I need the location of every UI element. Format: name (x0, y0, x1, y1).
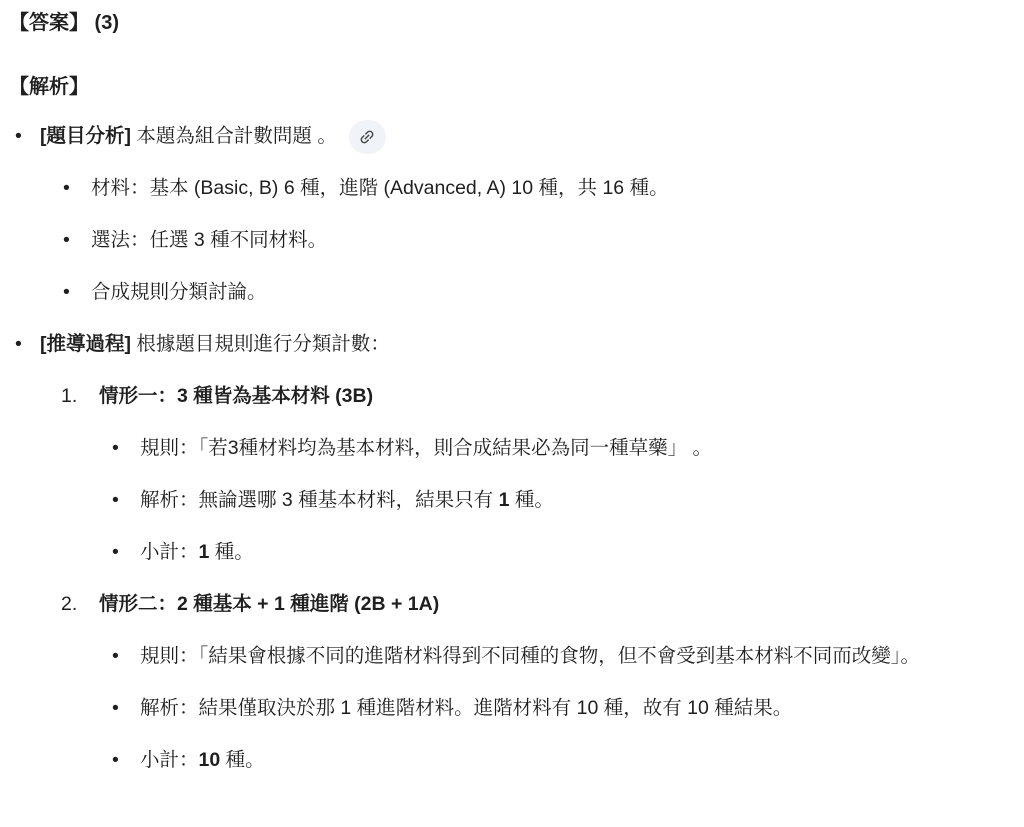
material-text: 材料：基本 (Basic, B) 6 種，進階 (Advanced, A) 10… (91, 165, 1002, 212)
analysis-heading: 【解析】 (9, 76, 1002, 99)
rule-category-item: • 合成規則分類討論。 (0, 269, 1002, 316)
case-1-rule-text: 規則：「若3種材料均為基本材料，則合成結果必為同一種草藥」 。 (140, 425, 1002, 472)
case-1-subtotal-text: 小計：1 種。 (140, 529, 1002, 576)
case-1-subtotal-item: • 小計：1 種。 (0, 529, 1002, 576)
bullet-icon: • (15, 321, 40, 368)
bullet-icon: • (112, 425, 140, 472)
selection-text: 選法：任選 3 種不同材料。 (91, 217, 1002, 264)
case-2-subtotal-suffix: 種。 (220, 749, 264, 771)
derivation-tag: [推導過程] (40, 333, 131, 355)
case-2-title: 情形二：2 種基本 + 1 種進階 (2B + 1A) (99, 593, 439, 615)
bullet-icon: • (63, 217, 91, 264)
case-1-analysis-text: 解析：無論選哪 3 種基本材料，結果只有 1 種。 (140, 477, 1002, 524)
bullet-icon: • (112, 529, 140, 576)
case-2-subtotal-count: 10 (199, 749, 221, 771)
case-2-title-item: 2. 情形二：2 種基本 + 1 種進階 (2B + 1A) (0, 581, 1002, 628)
rule-category-text: 合成規則分類討論。 (91, 269, 1002, 316)
case-1-title-item: 1. 情形一：3 種皆為基本材料 (3B) (0, 373, 1002, 420)
source-link-chip[interactable] (349, 120, 386, 154)
bullet-icon: • (63, 269, 91, 316)
derivation-item: • [推導過程] 根據題目規則進行分類計數： (0, 321, 1002, 368)
bullet-icon: • (112, 737, 140, 784)
bullet-icon: • (112, 477, 140, 524)
bullet-icon: • (15, 113, 40, 160)
topic-analysis-text: [題目分析] 本題為組合計數問題 。 (40, 113, 1002, 160)
case-2-number: 2. (61, 581, 99, 628)
case-2-rule-item: • 規則：「結果會根據不同的進階材料得到不同種的食物，但不會受到基本材料不同而改… (0, 633, 1002, 680)
topic-analysis-body: 本題為組合計數問題 。 (131, 125, 337, 147)
material-item: • 材料：基本 (Basic, B) 6 種，進階 (Advanced, A) … (0, 165, 1002, 212)
case-2-subtotal-text: 小計：10 種。 (140, 737, 1002, 784)
case-2-rule-text: 規則：「結果會根據不同的進階材料得到不同種的食物，但不會受到基本材料不同而改變」… (140, 633, 1002, 680)
selection-item: • 選法：任選 3 種不同材料。 (0, 217, 1002, 264)
case-1-title-wrap: 情形一：3 種皆為基本材料 (3B) (99, 373, 1002, 420)
bullet-icon: • (112, 633, 140, 680)
case-1-subtotal-count: 1 (199, 541, 210, 563)
topic-analysis-item: • [題目分析] 本題為組合計數問題 。 (0, 113, 1002, 160)
case-2-analysis-text: 解析：結果僅取決於那 1 種進階材料。進階材料有 10 種，故有 10 種結果。 (140, 685, 1002, 732)
topic-analysis-tag: [題目分析] (40, 125, 131, 147)
case-1-analysis-item: • 解析：無論選哪 3 種基本材料，結果只有 1 種。 (0, 477, 1002, 524)
answer-heading: 【答案】 (3) (9, 12, 1002, 35)
case-2-subtotal-item: • 小計：10 種。 (0, 737, 1002, 784)
case-1-title: 情形一：3 種皆為基本材料 (3B) (99, 385, 373, 407)
bullet-icon: • (112, 685, 140, 732)
case-1-analysis-suffix: 種。 (509, 489, 553, 511)
bullet-icon: • (63, 165, 91, 212)
case-1-subtotal-suffix: 種。 (209, 541, 253, 563)
case-1-analysis-prefix: 解析：無論選哪 3 種基本材料，結果只有 (140, 489, 499, 511)
derivation-text-wrap: [推導過程] 根據題目規則進行分類計數： (40, 321, 1002, 368)
case-2-subtotal-prefix: 小計： (140, 749, 199, 771)
solution-content: 【答案】 (3) 【解析】 • [題目分析] 本題為組合計數問題 。 • 材料：… (0, 12, 1002, 784)
case-2-analysis-item: • 解析：結果僅取決於那 1 種進階材料。進階材料有 10 種，故有 10 種結… (0, 685, 1002, 732)
case-1-number: 1. (61, 373, 99, 420)
case-1-subtotal-prefix: 小計： (140, 541, 199, 563)
case-1-rule-item: • 規則：「若3種材料均為基本材料，則合成結果必為同一種草藥」 。 (0, 425, 1002, 472)
case-1-analysis-count: 1 (499, 489, 510, 511)
link-icon (358, 128, 376, 146)
case-2-title-wrap: 情形二：2 種基本 + 1 種進階 (2B + 1A) (99, 581, 1002, 628)
case-2-analysis-prefix: 解析：結果僅取決於那 1 種進階材料。進階材料有 10 種，故有 10 種結果。 (140, 697, 792, 719)
derivation-body: 根據題目規則進行分類計數： (131, 333, 390, 355)
